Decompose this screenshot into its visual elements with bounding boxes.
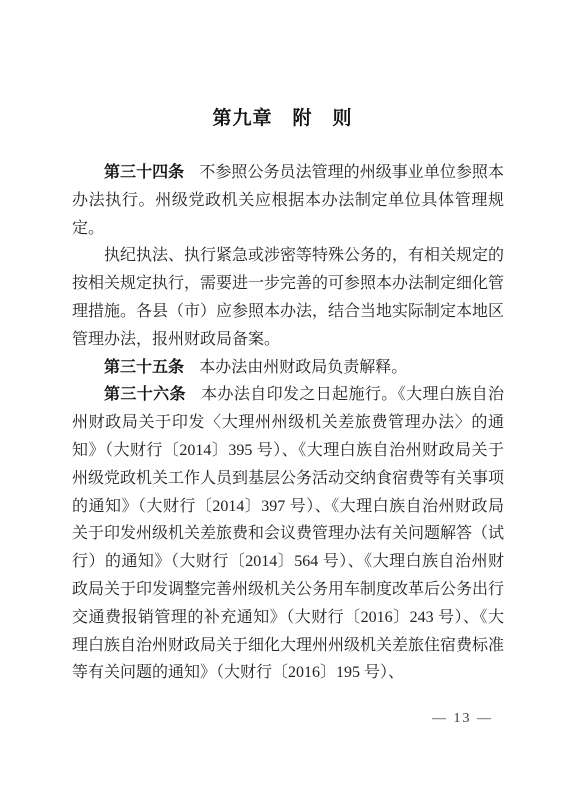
paragraph-special-duties-text: 执纪执法、执行紧急或涉密等特殊公务的，有相关规定的按相关规定执行，需要进一步完善… <box>72 247 504 347</box>
article-36-label: 第三十六条 <box>104 386 186 403</box>
document-body: 第三十四条不参照公务员法管理的州级事业单位参照本办法执行。州级党政机关应根据本办… <box>72 159 504 687</box>
article-35-text: 本办法由州财政局负责解释。 <box>199 359 407 376</box>
paragraph-article-34: 第三十四条不参照公务员法管理的州级事业单位参照本办法执行。州级党政机关应根据本办… <box>72 159 504 242</box>
document-page: 第九章 附 则 第三十四条不参照公务员法管理的州级事业单位参照本办法执行。州级党… <box>0 0 565 800</box>
paragraph-article-35: 第三十五条本办法由州财政局负责解释。 <box>72 354 504 382</box>
article-36-text: 本办法自印发之日起施行。《大理白族自治州财政局关于印发〈大理州州级机关差旅费管理… <box>72 386 504 681</box>
chapter-title: 第九章 附 则 <box>0 103 565 130</box>
article-34-label: 第三十四条 <box>104 164 184 181</box>
paragraph-special-duties: 执纪执法、执行紧急或涉密等特殊公务的，有相关规定的按相关规定执行，需要进一步完善… <box>72 242 504 353</box>
article-35-label: 第三十五条 <box>104 359 184 376</box>
page-number: — 13 — <box>432 711 493 727</box>
paragraph-article-36: 第三十六条本办法自印发之日起施行。《大理白族自治州财政局关于印发〈大理州州级机关… <box>72 381 504 687</box>
